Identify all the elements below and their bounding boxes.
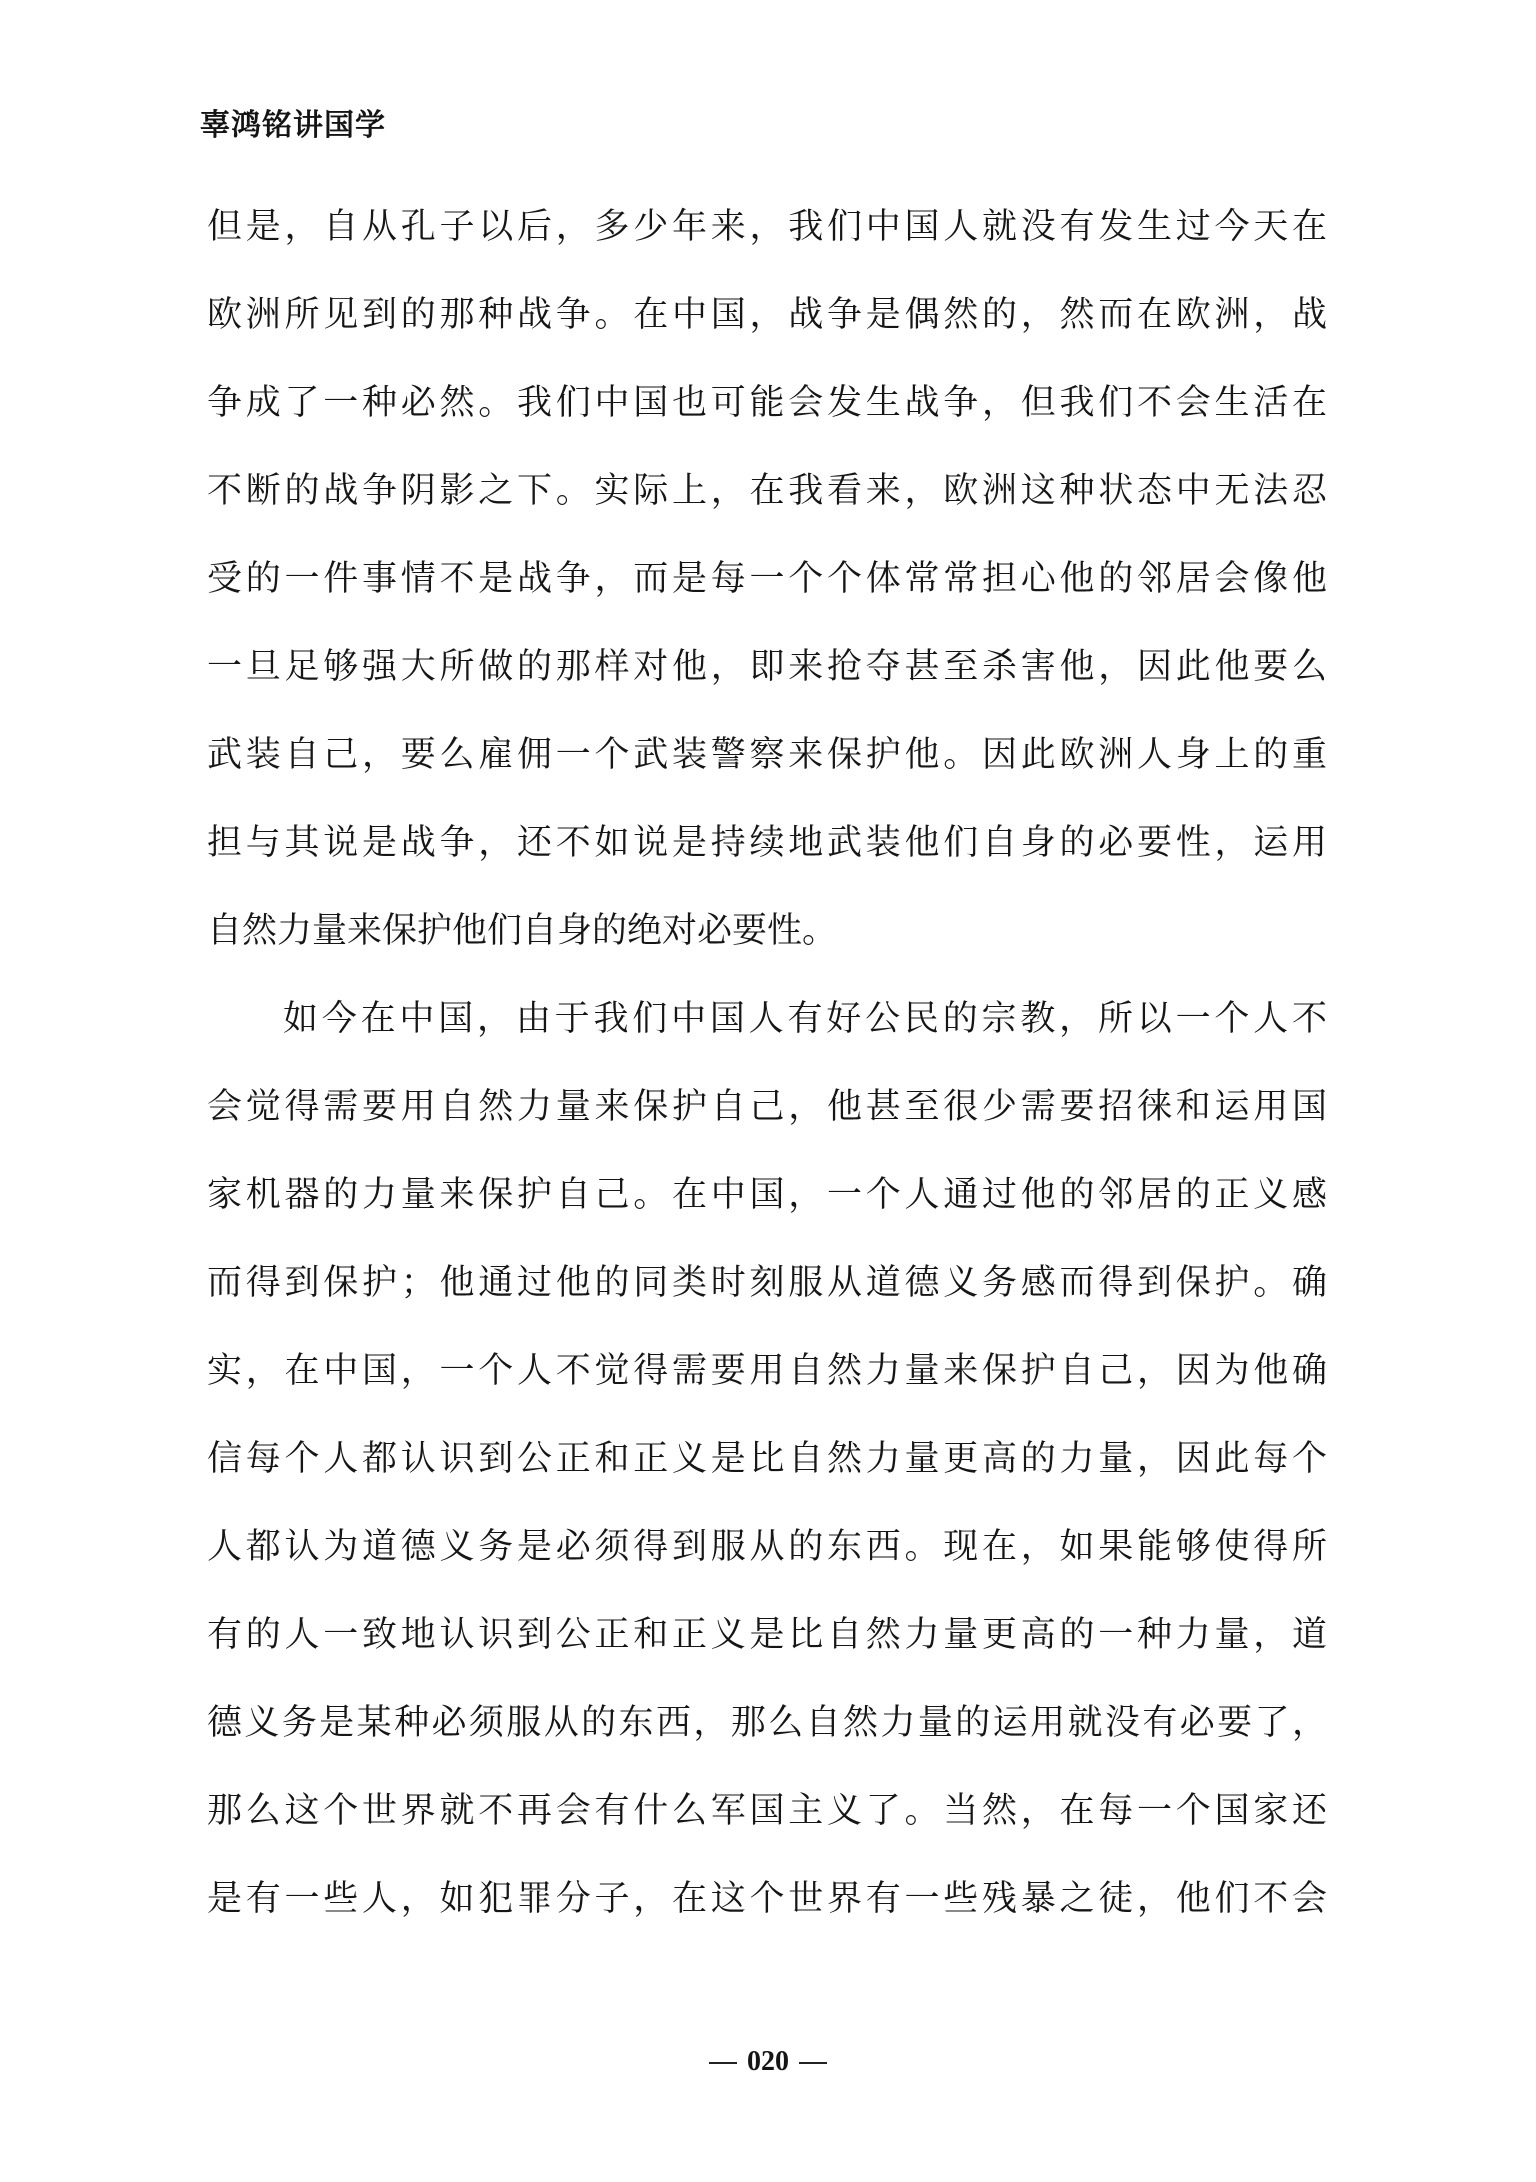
text-line: 但是，自从孔子以后，多少年来，我们中国人就没有发生过今天在 xyxy=(207,183,1327,271)
text-line: 实，在中国，一个人不觉得需要用自然力量来保护自己，因为他确 xyxy=(207,1327,1327,1415)
text-line: 德义务是某种必须服从的东西，那么自然力量的运用就没有必要了， xyxy=(207,1679,1327,1767)
text-line: 欧洲所见到的那种战争。在中国，战争是偶然的，然而在欧洲，战 xyxy=(207,271,1327,359)
text-line: 是有一些人，如犯罪分子，在这个世界有一些残暴之徒，他们不会 xyxy=(207,1855,1327,1943)
text-line: 那么这个世界就不再会有什么军国主义了。当然，在每一个国家还 xyxy=(207,1767,1327,1855)
text-line: 武装自己，要么雇佣一个武装警察来保护他。因此欧洲人身上的重 xyxy=(207,711,1327,799)
page-footer: 020 xyxy=(0,2042,1536,2082)
body-text: 但是，自从孔子以后，多少年来，我们中国人就没有发生过今天在 欧洲所见到的那种战争… xyxy=(207,183,1327,1943)
paragraph-1: 但是，自从孔子以后，多少年来，我们中国人就没有发生过今天在 欧洲所见到的那种战争… xyxy=(207,183,1327,975)
text-line-paragraph-end: 自然力量来保护他们自身的绝对必要性。 xyxy=(207,887,1327,975)
text-line: 担与其说是战争，还不如说是持续地武装他们自身的必要性，运用 xyxy=(207,799,1327,887)
text-line: 一旦足够强大所做的那样对他，即来抢夺甚至杀害他，因此他要么 xyxy=(207,623,1327,711)
text-line: 而得到保护；他通过他的同类时刻服从道德义务感而得到保护。确 xyxy=(207,1239,1327,1327)
running-header-book-title: 辜鸿铭讲国学 xyxy=(200,106,386,146)
text-line: 受的一件事情不是战争，而是每一个个体常常担心他的邻居会像他 xyxy=(207,535,1327,623)
dash-right-decoration xyxy=(799,2062,827,2064)
page-number: 020 xyxy=(747,2046,789,2077)
text-line: 会觉得需要用自然力量来保护自己，他甚至很少需要招徕和运用国 xyxy=(207,1063,1327,1151)
text-line: 争成了一种必然。我们中国也可能会发生战争，但我们不会生活在 xyxy=(207,359,1327,447)
text-line: 信每个人都认识到公正和正义是比自然力量更高的力量，因此每个 xyxy=(207,1415,1327,1503)
text-line: 不断的战争阴影之下。实际上，在我看来，欧洲这种状态中无法忍 xyxy=(207,447,1327,535)
paragraph-2: 如今在中国，由于我们中国人有好公民的宗教，所以一个人不 会觉得需要用自然力量来保… xyxy=(207,975,1327,1943)
text-line: 家机器的力量来保护自己。在中国，一个人通过他的邻居的正义感 xyxy=(207,1151,1327,1239)
text-line: 有的人一致地认识到公正和正义是比自然力量更高的一种力量，道 xyxy=(207,1591,1327,1679)
text-line-paragraph-start: 如今在中国，由于我们中国人有好公民的宗教，所以一个人不 xyxy=(207,975,1327,1063)
dash-left-decoration xyxy=(709,2062,737,2064)
text-line: 人都认为道德义务是必须得到服从的东西。现在，如果能够使得所 xyxy=(207,1503,1327,1591)
